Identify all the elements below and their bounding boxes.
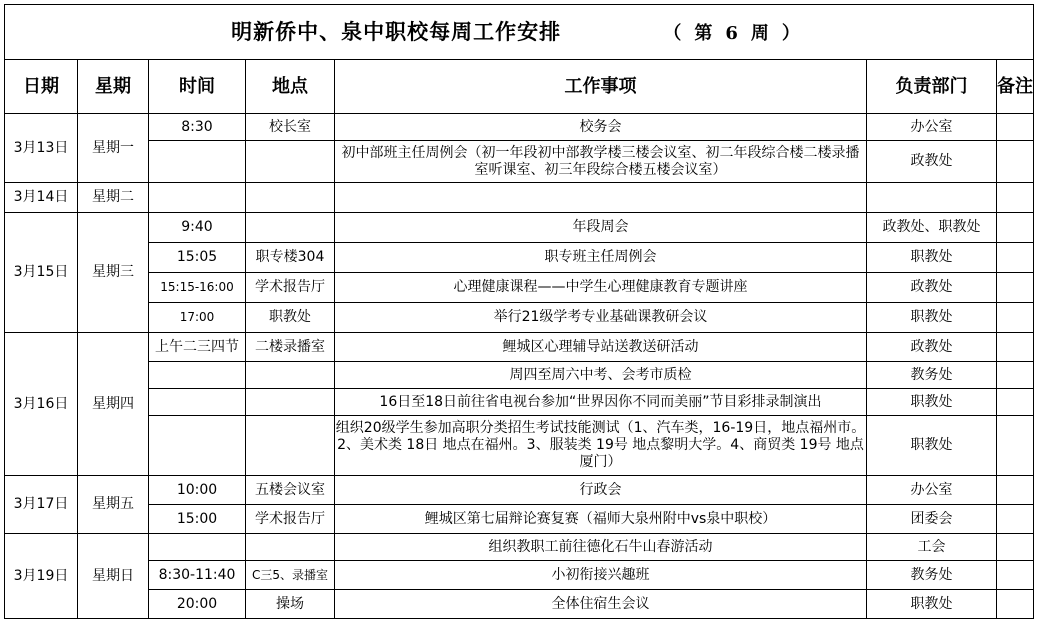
location-cell [246, 141, 335, 183]
note-cell [997, 303, 1034, 333]
location-cell [246, 416, 335, 476]
header-department: 负责部门 [867, 60, 997, 114]
table-row: 3月13日 星期一 8:30 校长室 校务会 办公室 [5, 114, 1034, 141]
note-cell [997, 534, 1034, 561]
table-row: 20:00 操场 全体住宿生会议 职教处 [5, 590, 1034, 619]
weekday-cell: 星期四 [78, 333, 149, 476]
task-cell: 校务会 [335, 114, 867, 141]
note-cell [997, 476, 1034, 505]
note-cell [997, 141, 1034, 183]
header-weekday: 星期 [78, 60, 149, 114]
location-cell: 学术报告厅 [246, 273, 335, 303]
date-cell: 3月16日 [5, 333, 78, 476]
task-cell: 鲤城区第七届辩论赛复赛（福师大泉州附中vs泉中职校） [335, 505, 867, 534]
table-row: 3月19日 星期日 组织教职工前往德化石牛山春游活动 工会 [5, 534, 1034, 561]
location-cell [246, 183, 335, 213]
table-row: 3月14日 星期二 [5, 183, 1034, 213]
date-cell: 3月14日 [5, 183, 78, 213]
department-cell: 职教处 [867, 416, 997, 476]
weekday-cell: 星期日 [78, 534, 149, 619]
table-row: 组织20级学生参加高职分类招生考试技能测试（1、汽车类，16-19日，地点福州市… [5, 416, 1034, 476]
location-cell: 二楼录播室 [246, 333, 335, 362]
weekday-cell: 星期二 [78, 183, 149, 213]
location-cell [246, 389, 335, 416]
table-row: 8:30-11:40 C三5、录播室 小初衔接兴趣班 教务处 [5, 561, 1034, 590]
department-cell: 职教处 [867, 303, 997, 333]
location-cell: C三5、录播室 [246, 561, 335, 590]
task-cell: 周四至周六中考、会考市质检 [335, 362, 867, 389]
department-cell: 政教处 [867, 333, 997, 362]
time-cell: 9:40 [149, 213, 246, 243]
document-title: 明新侨中、泉中职校每周工作安排 （第6周） [5, 5, 1034, 60]
task-cell: 心理健康课程——中学生心理健康教育专题讲座 [335, 273, 867, 303]
header-time: 时间 [149, 60, 246, 114]
department-cell [867, 183, 997, 213]
time-cell [149, 534, 246, 561]
table-row: 初中部班主任周例会（初一年段初中部教学楼三楼会议室、初二年段综合楼二楼录播室听课… [5, 141, 1034, 183]
title-row: 明新侨中、泉中职校每周工作安排 （第6周） [5, 5, 1034, 60]
time-cell: 10:00 [149, 476, 246, 505]
time-cell: 上午二三四节 [149, 333, 246, 362]
time-cell: 8:30 [149, 114, 246, 141]
department-cell: 办公室 [867, 476, 997, 505]
table-row: 3月17日 星期五 10:00 五楼会议室 行政会 办公室 [5, 476, 1034, 505]
task-cell: 行政会 [335, 476, 867, 505]
note-cell [997, 561, 1034, 590]
location-cell [246, 362, 335, 389]
note-cell [997, 114, 1034, 141]
location-cell [246, 534, 335, 561]
table-row: 3月15日 星期三 9:40 年段周会 政教处、职教处 [5, 213, 1034, 243]
task-cell [335, 183, 867, 213]
note-cell [997, 213, 1034, 243]
department-cell: 政教处、职教处 [867, 213, 997, 243]
table-row: 15:15-16:00 学术报告厅 心理健康课程——中学生心理健康教育专题讲座 … [5, 273, 1034, 303]
note-cell [997, 183, 1034, 213]
note-cell [997, 590, 1034, 619]
task-cell: 职专班主任周例会 [335, 243, 867, 273]
table-row: 16日至18日前往省电视台参加“世界因你不同而美丽”节目彩排录制演出 职教处 [5, 389, 1034, 416]
time-cell [149, 416, 246, 476]
task-cell: 小初衔接兴趣班 [335, 561, 867, 590]
week-indicator: （第6周） [657, 23, 807, 44]
note-cell [997, 389, 1034, 416]
time-cell: 15:15-16:00 [149, 273, 246, 303]
task-cell: 年段周会 [335, 213, 867, 243]
header-location: 地点 [246, 60, 335, 114]
date-cell: 3月13日 [5, 114, 78, 183]
location-cell: 职专楼304 [246, 243, 335, 273]
time-cell [149, 141, 246, 183]
department-cell: 工会 [867, 534, 997, 561]
task-cell: 鲤城区心理辅导站送教送研活动 [335, 333, 867, 362]
table-row: 周四至周六中考、会考市质检 教务处 [5, 362, 1034, 389]
department-cell: 教务处 [867, 362, 997, 389]
department-cell: 教务处 [867, 561, 997, 590]
task-cell: 全体住宿生会议 [335, 590, 867, 619]
department-cell: 职教处 [867, 590, 997, 619]
date-cell: 3月19日 [5, 534, 78, 619]
time-cell: 17:00 [149, 303, 246, 333]
time-cell [149, 183, 246, 213]
department-cell: 政教处 [867, 141, 997, 183]
table-row: 3月16日 星期四 上午二三四节 二楼录播室 鲤城区心理辅导站送教送研活动 政教… [5, 333, 1034, 362]
time-cell: 15:05 [149, 243, 246, 273]
department-cell: 政教处 [867, 273, 997, 303]
date-cell: 3月17日 [5, 476, 78, 534]
time-cell: 8:30-11:40 [149, 561, 246, 590]
task-cell: 16日至18日前往省电视台参加“世界因你不同而美丽”节目彩排录制演出 [335, 389, 867, 416]
department-cell: 办公室 [867, 114, 997, 141]
title-main: 明新侨中、泉中职校每周工作安排 [231, 19, 561, 44]
time-cell: 15:00 [149, 505, 246, 534]
weekday-cell: 星期五 [78, 476, 149, 534]
date-cell: 3月15日 [5, 213, 78, 333]
location-cell: 职教处 [246, 303, 335, 333]
note-cell [997, 416, 1034, 476]
location-cell: 五楼会议室 [246, 476, 335, 505]
table-row: 15:00 学术报告厅 鲤城区第七届辩论赛复赛（福师大泉州附中vs泉中职校） 团… [5, 505, 1034, 534]
note-cell [997, 333, 1034, 362]
note-cell [997, 243, 1034, 273]
weekday-cell: 星期一 [78, 114, 149, 183]
task-cell: 举行21级学考专业基础课教研会议 [335, 303, 867, 333]
header-task: 工作事项 [335, 60, 867, 114]
weekday-cell: 星期三 [78, 213, 149, 333]
department-cell: 职教处 [867, 243, 997, 273]
weekly-schedule-table: 明新侨中、泉中职校每周工作安排 （第6周） 日期 星期 时间 地点 工作事项 负… [4, 4, 1034, 619]
location-cell: 学术报告厅 [246, 505, 335, 534]
task-cell: 组织20级学生参加高职分类招生考试技能测试（1、汽车类，16-19日，地点福州市… [335, 416, 867, 476]
note-cell [997, 362, 1034, 389]
table-row: 17:00 职教处 举行21级学考专业基础课教研会议 职教处 [5, 303, 1034, 333]
table-row: 15:05 职专楼304 职专班主任周例会 职教处 [5, 243, 1034, 273]
location-cell: 校长室 [246, 114, 335, 141]
task-cell: 初中部班主任周例会（初一年段初中部教学楼三楼会议室、初二年段综合楼二楼录播室听课… [335, 141, 867, 183]
time-cell: 20:00 [149, 590, 246, 619]
department-cell: 职教处 [867, 389, 997, 416]
note-cell [997, 505, 1034, 534]
time-cell [149, 362, 246, 389]
header-date: 日期 [5, 60, 78, 114]
note-cell [997, 273, 1034, 303]
location-cell [246, 213, 335, 243]
task-cell: 组织教职工前往德化石牛山春游活动 [335, 534, 867, 561]
week-number: 6 [725, 23, 739, 44]
header-note: 备注 [997, 60, 1034, 114]
time-cell [149, 389, 246, 416]
department-cell: 团委会 [867, 505, 997, 534]
location-cell: 操场 [246, 590, 335, 619]
header-row: 日期 星期 时间 地点 工作事项 负责部门 备注 [5, 60, 1034, 114]
